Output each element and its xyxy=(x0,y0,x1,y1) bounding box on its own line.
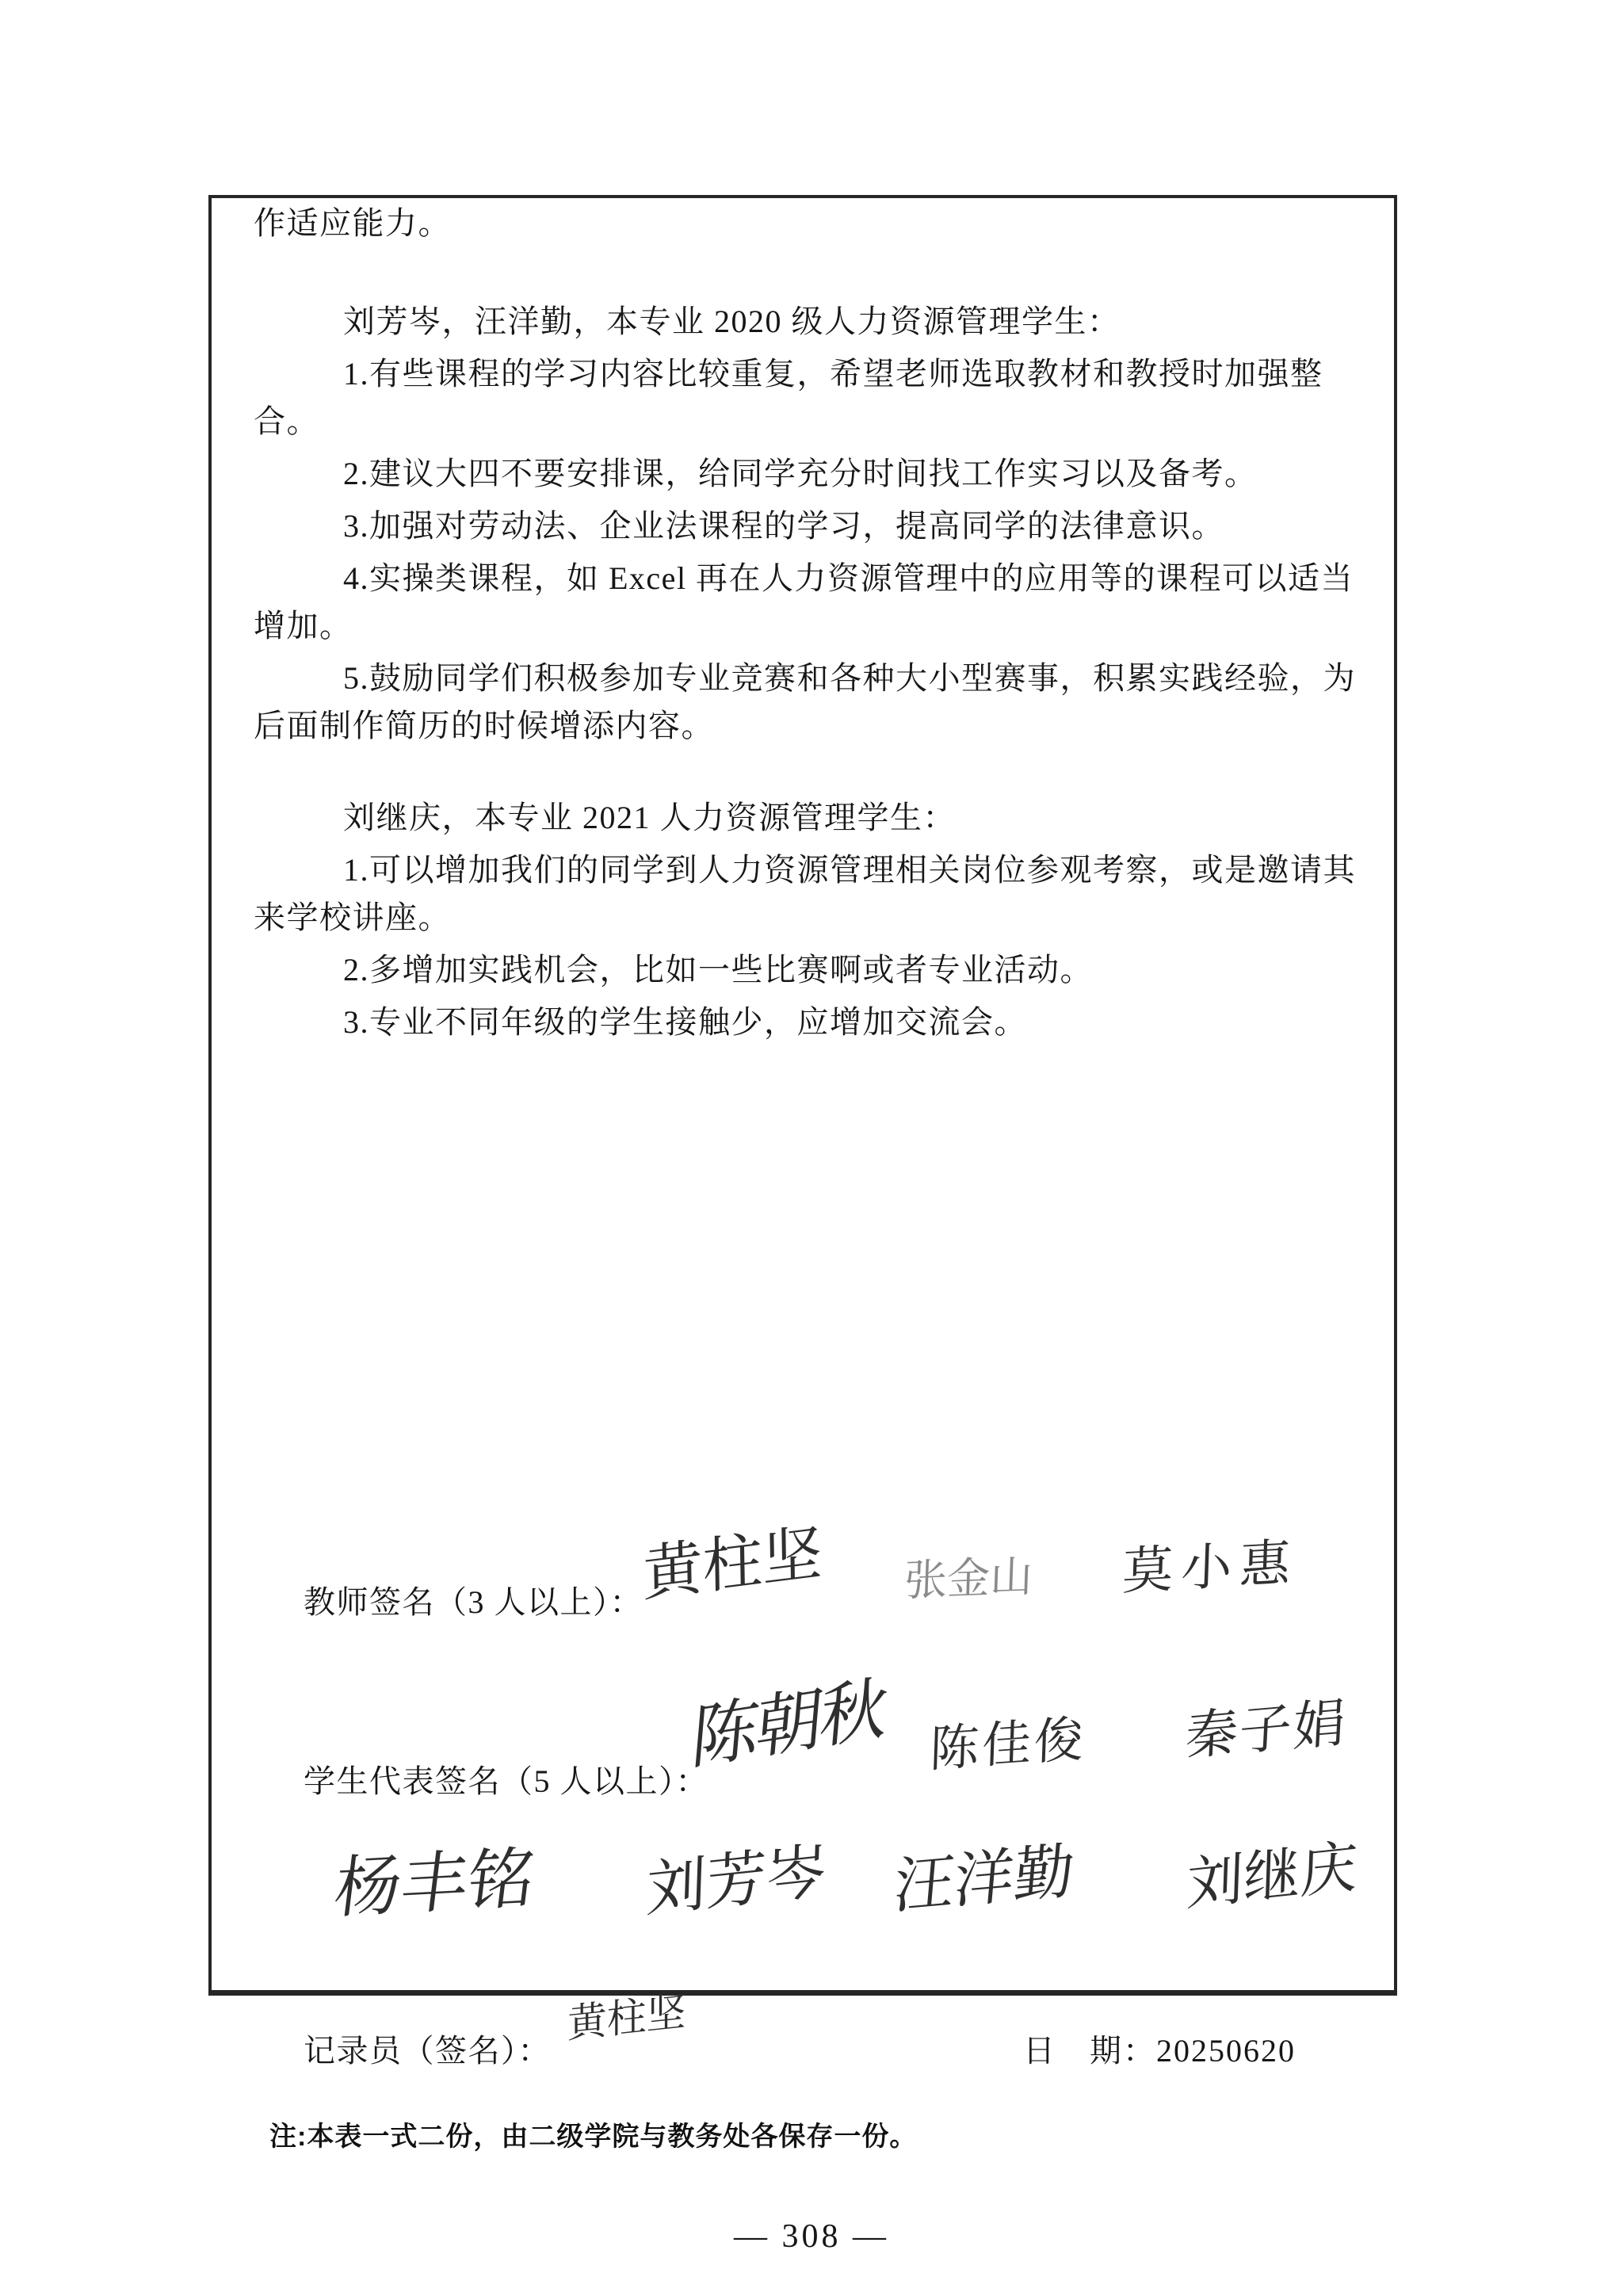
date-label: 日 期： xyxy=(1023,2033,1156,2069)
body-line: 后面制作简历的时候增添内容。 xyxy=(254,702,1373,750)
date-value: 20250620 xyxy=(1156,2033,1296,2069)
body-line: 3.加强对劳动法、企业法课程的学习，提高同学的法律意识。 xyxy=(254,502,1373,550)
page-number: — 308 — xyxy=(0,2218,1623,2256)
body-line: 作适应能力。 xyxy=(254,200,1373,247)
body-line: 4.实操类课程，如 Excel 再在人力资源管理中的应用等的课程可以适当 xyxy=(254,555,1373,602)
teacher-signature-3: 莫小惠 xyxy=(1121,1522,1300,1604)
teacher-signatures-label: 教师签名（3 人以上）： xyxy=(304,1577,643,1622)
meeting-notes-text: 作适应能力。 刘芳岑，汪洋勤，本专业 2020 级人力资源管理学生： 1.有些课… xyxy=(254,200,1373,1046)
student-signature-4: 杨丰铭 xyxy=(330,1824,541,1931)
body-line: 来学校讲座。 xyxy=(254,894,1373,942)
student-signature-2: 陈佳俊 xyxy=(929,1699,1088,1781)
body-line: 2.建议大四不要安排课，给同学充分时间找工作实习以及备考。 xyxy=(254,450,1373,498)
copies-note: 注:本表一式二份，由二级学院与教务处各保存一份。 xyxy=(269,2115,917,2153)
recorder-label: 记录员（签名）： xyxy=(304,2026,551,2071)
student-signatures-label: 学生代表签名（5 人以上）： xyxy=(304,1756,708,1801)
recorder-signature: 黄柱坚 xyxy=(567,1980,685,2050)
student-signature-3: 秦子娟 xyxy=(1184,1679,1349,1770)
body-line: 2.多增加实践机会，比如一些比赛啊或者专业活动。 xyxy=(254,946,1373,994)
student-signature-6: 汪洋勤 xyxy=(891,1822,1079,1925)
teacher-signature-2: 张金山 xyxy=(903,1542,1034,1608)
body-line: 1.有些课程的学习内容比较重复，希望老师选取教材和教授时加强整 xyxy=(254,350,1373,398)
date-line: 日 期：20250620 xyxy=(1023,2026,1296,2071)
body-line: 5.鼓励同学们积极参加专业竞赛和各种大小型赛事，积累实践经验，为 xyxy=(254,655,1373,702)
body-line: 1.可以增加我们的同学到人力资源管理相关岗位参观考察，或是邀请其 xyxy=(254,846,1373,894)
body-line: 合。 xyxy=(254,398,1373,445)
document-page: 作适应能力。 刘芳岑，汪洋勤，本专业 2020 级人力资源管理学生： 1.有些课… xyxy=(0,0,1623,2296)
body-line: 刘芳岑，汪洋勤，本专业 2020 级人力资源管理学生： xyxy=(254,298,1373,346)
body-line: 3.专业不同年级的学生接触少，应增加交流会。 xyxy=(254,999,1373,1046)
body-line: 刘继庆，本专业 2021 人力资源管理学生： xyxy=(254,794,1373,842)
body-line: 增加。 xyxy=(254,602,1373,650)
